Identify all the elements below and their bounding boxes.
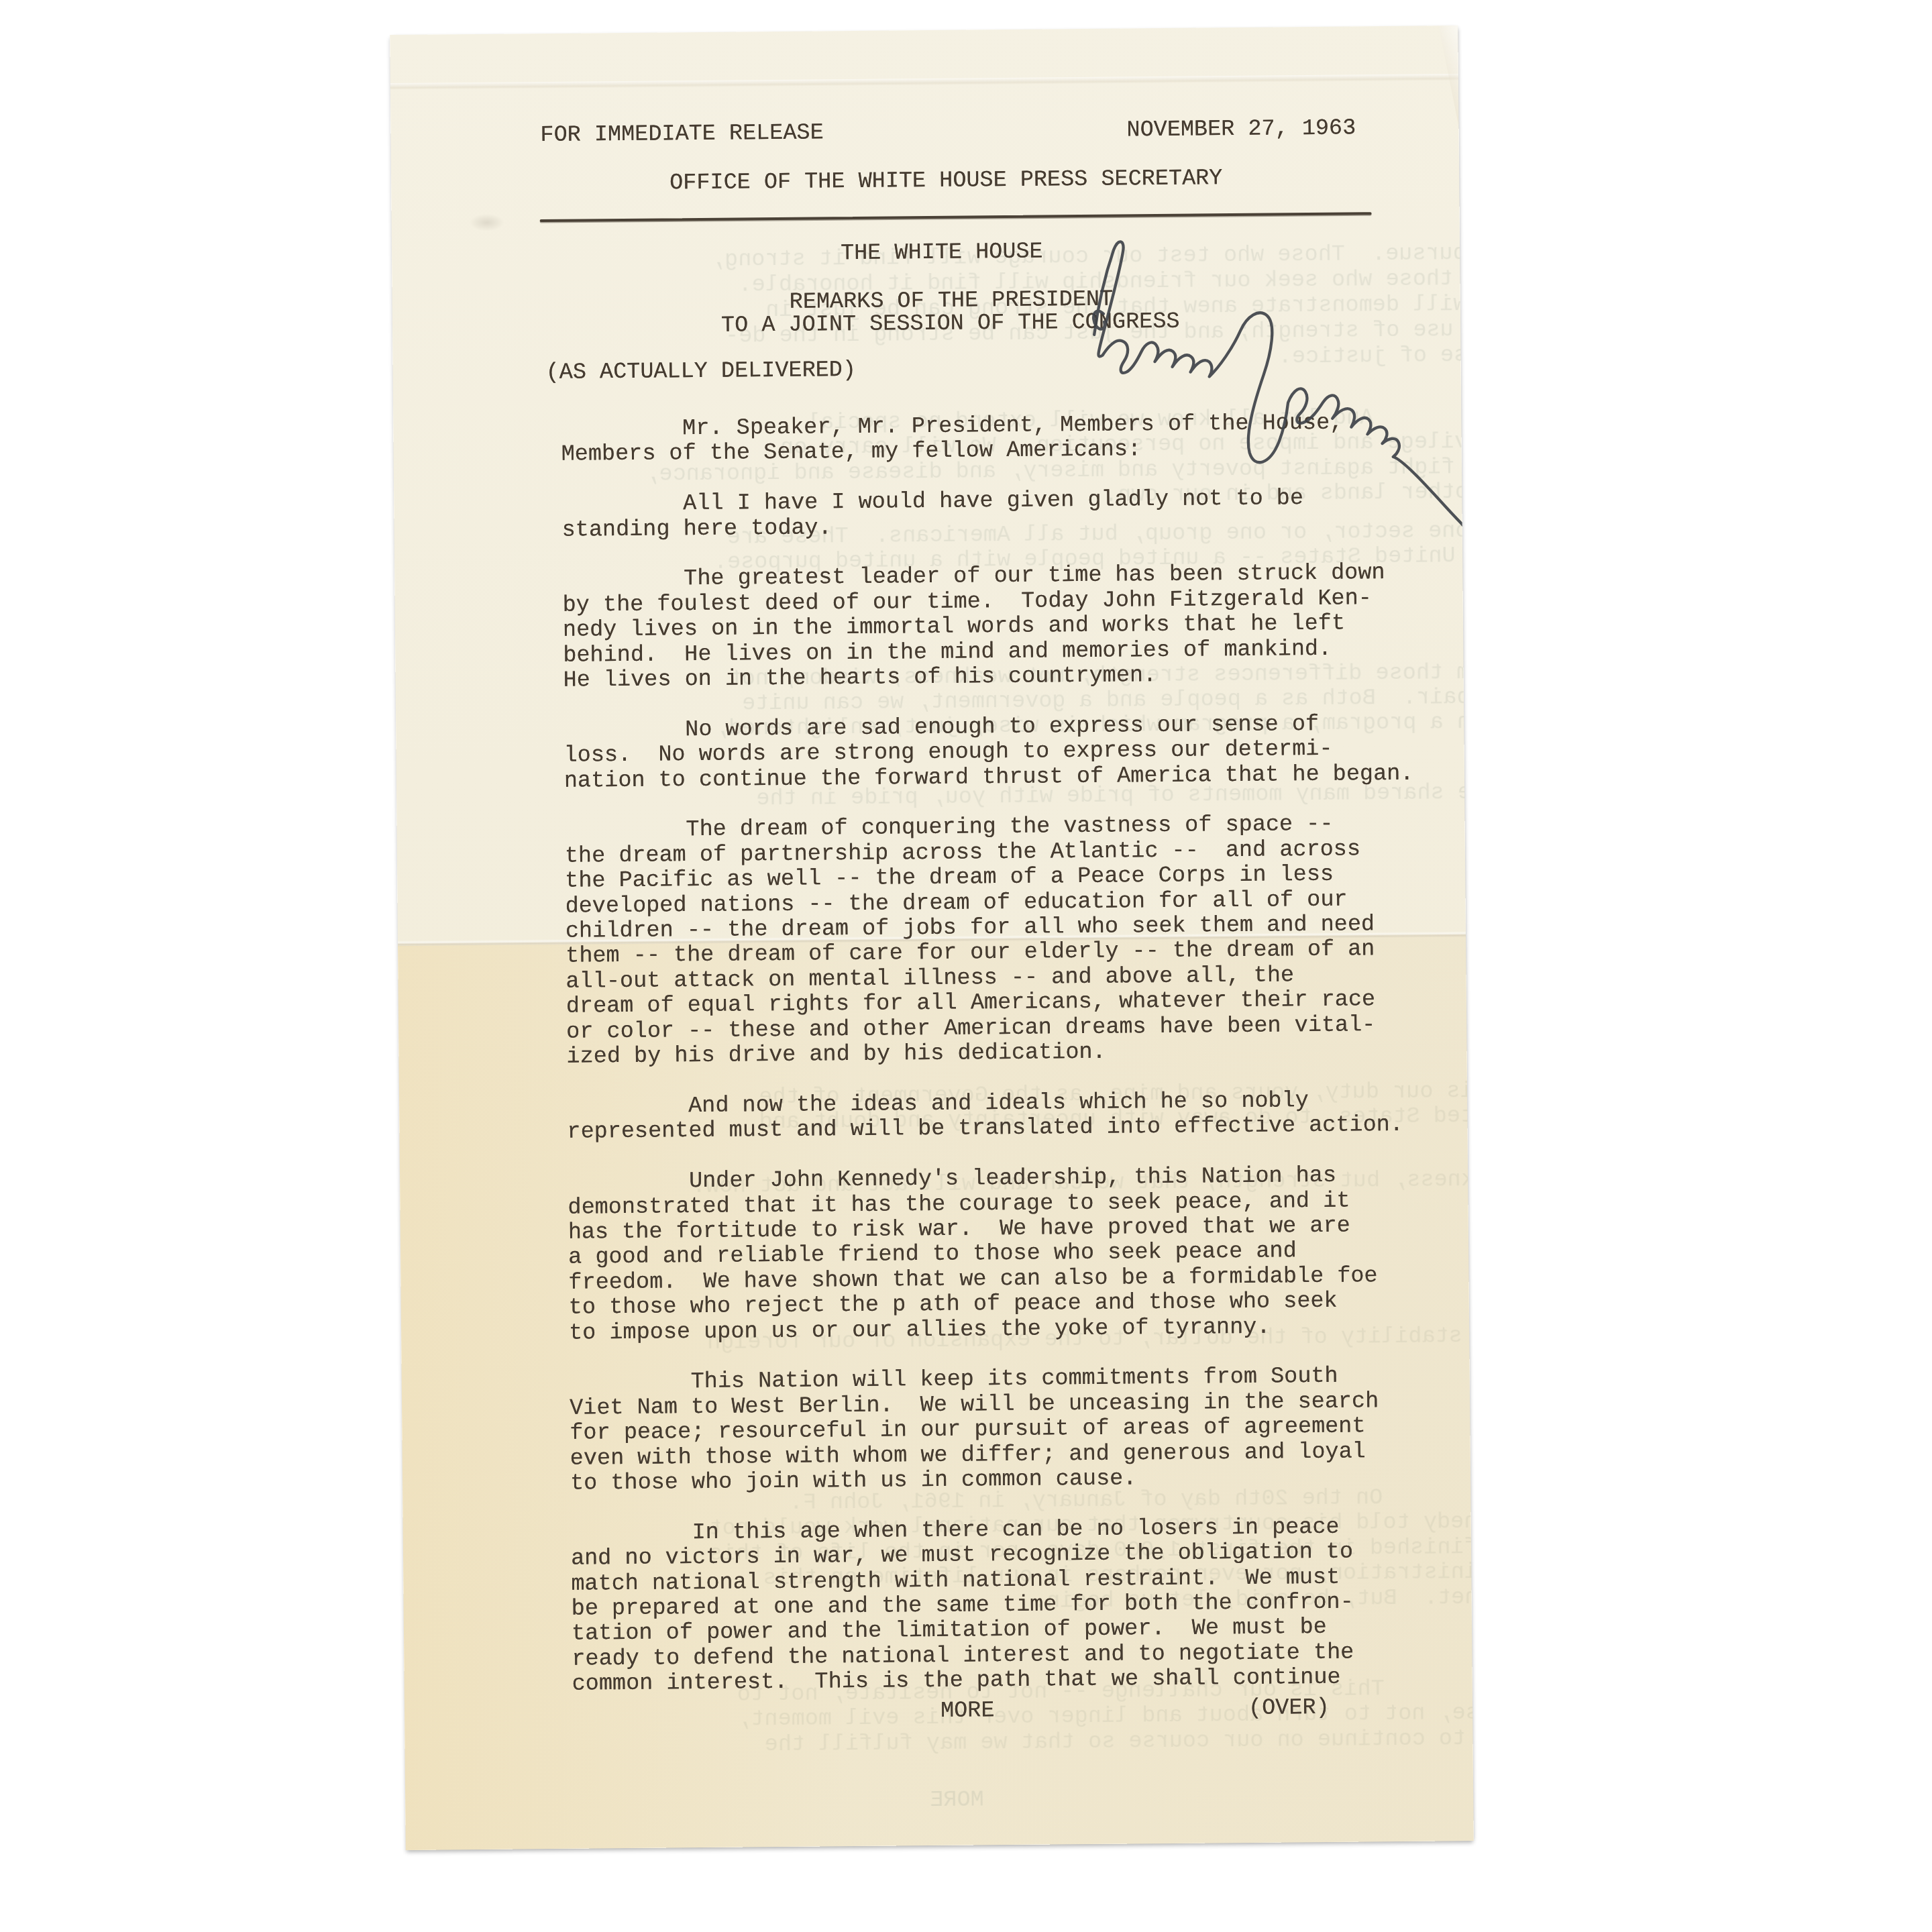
office-line: OFFICE OF THE WHITE HOUSE PRESS SECRETAR… (669, 166, 1223, 197)
title-white-house: THE WHITE HOUSE (841, 240, 1043, 267)
speech-paragraph: The greatest leader of our time has been… (562, 561, 1429, 694)
speech-paragraph: The dream of conquering the vastness of … (564, 812, 1432, 1070)
speech-paragraph: No words are sad enough to express our s… (563, 711, 1430, 794)
speech-paragraph: And now the ideas and ideals which he so… (567, 1087, 1433, 1145)
speech-paragraph: In this age when there can be no losers … (571, 1514, 1438, 1697)
footer-more: MORE (941, 1699, 995, 1724)
delivery-note: (AS ACTUALLY DELIVERED) (545, 358, 856, 386)
speech-paragraph: Mr. Speaker, Mr. President, Members of t… (561, 411, 1427, 468)
speech-paragraph: All I have I would have given gladly not… (561, 486, 1428, 543)
release-header: FOR IMMEDIATE RELEASE (540, 121, 823, 148)
press-release-page: to pursue. Those who test our courage wi… (390, 25, 1474, 1850)
footer-over: (OVER) (1248, 1696, 1330, 1721)
bleed-through-more: MORE (930, 1787, 984, 1813)
title-joint-session: TO A JOINT SESSION OF THE CONGRESS (721, 310, 1180, 339)
speech-body: Mr. Speaker, Mr. President, Members of t… (561, 411, 1438, 1723)
release-date: NOVEMBER 27, 1963 (1126, 116, 1356, 143)
photo-background: to pursue. Those who test our courage wi… (0, 0, 1932, 1932)
speech-paragraph: This Nation will keep its commitments fr… (570, 1364, 1436, 1497)
speech-paragraph: Under John Kennedy's leadership, this Na… (568, 1163, 1434, 1346)
